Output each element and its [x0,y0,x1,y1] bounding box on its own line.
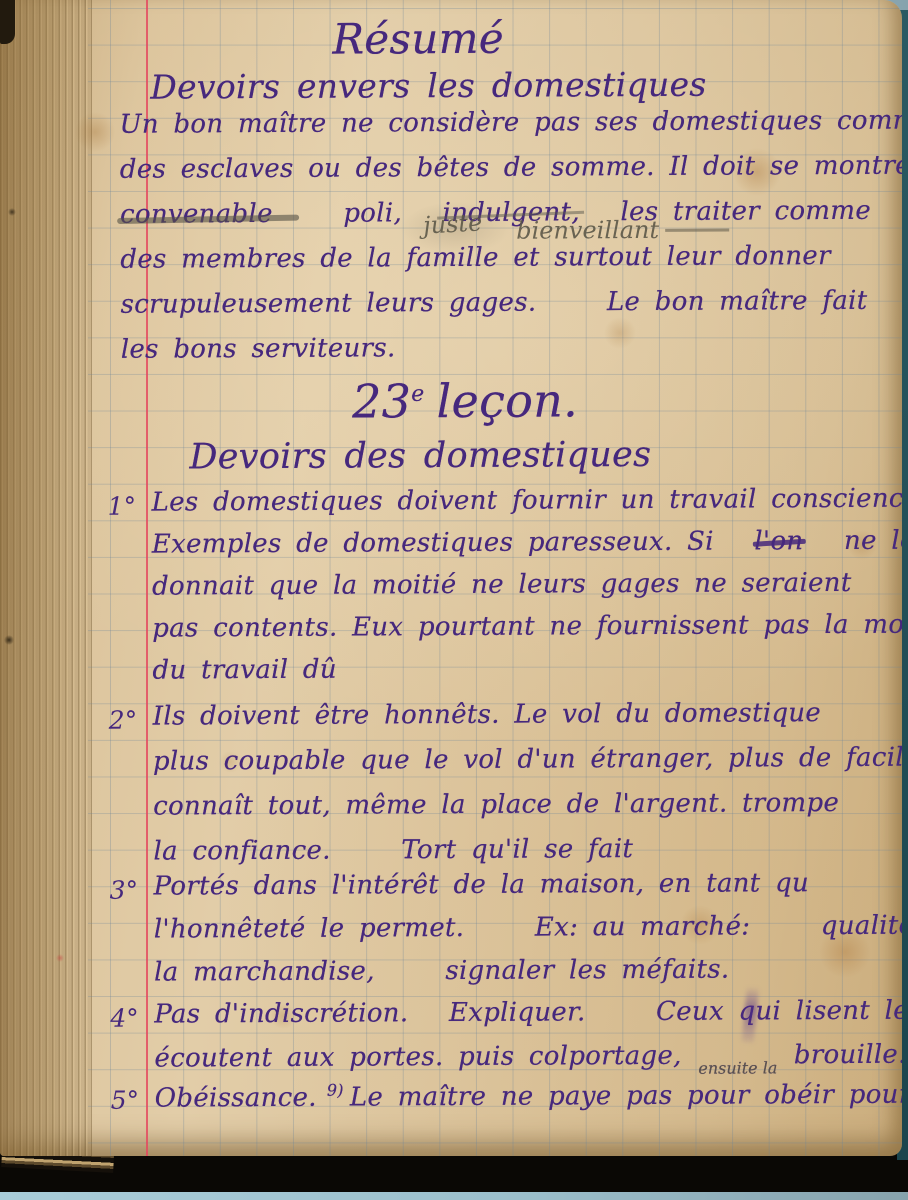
handwritten-line: des esclaves ou des bêtes de somme. Il d… [120,151,900,200]
item-number: 2° [109,706,138,735]
handwritten-word: Ceux qui lisent les lettres [656,995,902,1027]
handwritten-word: la confiance. [153,836,330,867]
handwritten-content: Résumé Devoirs envers les domestiques Un… [0,0,902,1156]
handwritten-line: du travail dû [152,652,902,698]
lesson-number-sup: e [411,382,424,407]
scanned-notebook-photo: Résumé Devoirs envers les domestiques Un… [0,0,908,1200]
struck-word-convenable: convenable [120,199,273,230]
handwritten-line: Pas d'indiscrétion. Expliquer. Ceux qui … [154,996,902,1044]
handwritten-line: Portés dans l'intérêt de la maison, en t… [154,868,902,915]
handwritten-line: plus coupable que le vol d'un étranger, … [153,743,902,792]
pencil-annotation-ensuite-la: ensuite la [698,1058,777,1077]
handwritten-line: Obéissance.9)Le maître ne paye pas pour … [155,1078,902,1127]
lesson-subtitle: Devoirs des domestiques [0,434,841,478]
handwritten-word: Tort qu'il se fait [401,834,633,865]
handwritten-word: ne leur [844,525,902,556]
handwritten-word: Expliquer. [449,997,586,1028]
handwritten-line: Un bon maître ne considère pas ses domes… [120,106,900,155]
item-number: 5° [111,1086,140,1115]
handwritten-word: écoutent aux portes. puis colportage, [154,1041,681,1074]
handwritten-line: la marchandise, signaler les méfaits. [154,954,902,1001]
notebook-page: Résumé Devoirs envers les domestiques Un… [0,0,902,1156]
handwritten-word: Le maître ne paye pas pour obéir pour av… [350,1079,902,1112]
lesson-number: 23 [352,374,411,428]
handwritten-line: Les domestiques doivent fournir un trava… [152,484,902,530]
handwritten-word: qualité de [821,910,902,941]
lesson-item-3: 3° Portés dans l'intérêt de la maison, e… [154,868,902,1001]
handwritten-word: signaler les méfaits. [445,955,729,986]
item-number: 3° [110,876,139,905]
handwritten-word: Obéissance. [155,1083,317,1114]
handwritten-word: poli, [343,198,402,228]
pencil-annotation-juste: juste [422,208,483,239]
ink-struck-word: l'on [754,526,803,556]
handwritten-word: brouille. [794,1040,902,1071]
handwritten-line: donnait que la moitié ne leurs gages ne … [152,568,902,614]
lesson-item-5: 5° Obéissance.9)Le maître ne paye pas po… [155,1078,902,1127]
handwritten-word: Exemples de domestiques paresseux. Si [152,527,714,560]
lesson-item-1: 1° Les domestiques doivent fournir un tr… [152,484,902,698]
item-number: 4° [110,1004,139,1033]
handwritten-word: l'honnêteté le permet. [154,913,465,945]
handwritten-line: des membres de la famille et surtout leu… [120,241,900,290]
handwritten-line: pas contents. Eux pourtant ne fournissen… [152,610,902,656]
handwritten-word: Pas d'indiscrétion. [154,998,408,1029]
lesson-item-2: 2° Ils doivent être honnêts. Le vol du d… [153,698,902,882]
handwritten-line: connaît tout, même la place de l'argent.… [153,788,902,837]
lesson-title: 23eleçon. [29,372,901,431]
lesson-word: leçon. [436,373,578,428]
handwritten-line: convenable poli, indulgent, les traiter … [120,196,900,245]
handwritten-line: Ils doivent être honnêts. Le vol du dome… [153,698,902,747]
handwritten-word: Le bon maître fait [607,286,868,317]
handwritten-word: Ex: au marché: [535,911,751,942]
handwritten-line: Exemples de domestiques paresseux. Si l'… [152,526,902,572]
handwritten-line: l'honnêteté le permet. Ex: au marché: qu… [154,911,902,958]
resume-title: Résumé [0,12,839,65]
resume-subtitle: Devoirs envers les domestiques [0,64,860,108]
lesson-item-4: 4° Pas d'indiscrétion. Expliquer. Ceux q… [154,996,902,1088]
annotation-mark: 9) [327,1081,344,1100]
pencil-annotation-bienveillant: bienveillant [516,216,729,245]
handwritten-word: la marchandise, [154,956,375,987]
handwritten-word: scrupuleusement leurs gages. [120,288,536,320]
resume-paragraph: Un bon maître ne considère pas ses domes… [120,106,901,380]
item-number: 1° [108,492,137,521]
handwritten-line: scrupuleusement leurs gages. Le bon maît… [120,286,900,335]
